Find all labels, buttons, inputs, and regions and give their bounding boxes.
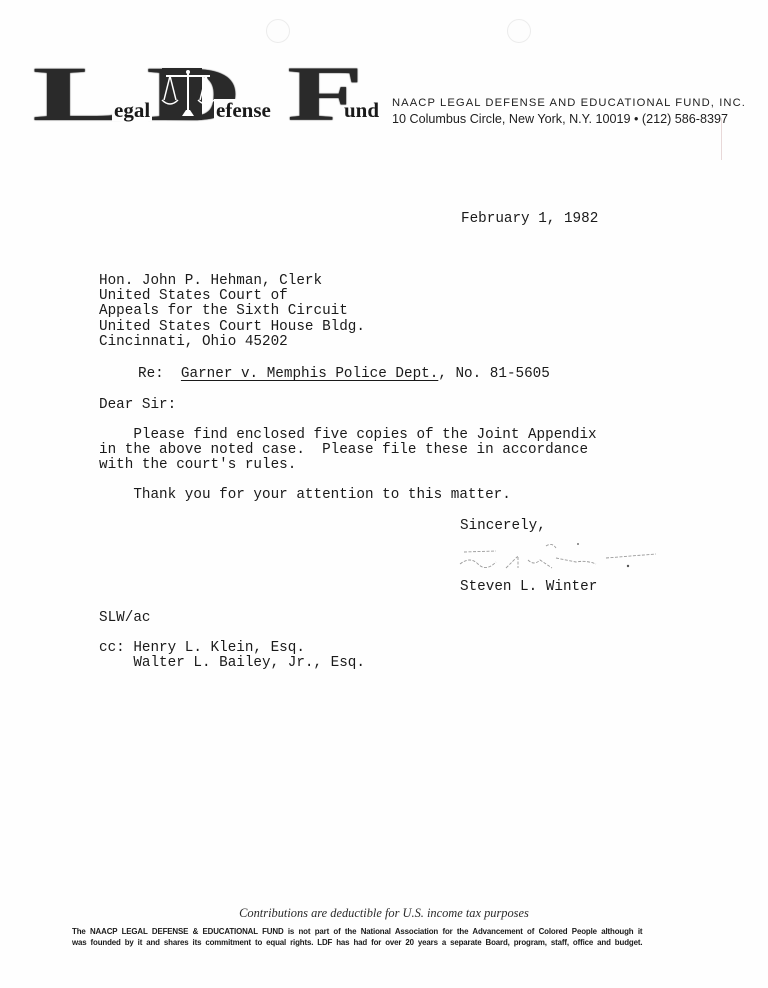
cc-line: cc: Henry L. Klein, Esq. <box>99 641 365 656</box>
recipient-line: Appeals for the Sixth Circuit <box>99 304 365 319</box>
ldf-logo: L D F egal efense und <box>30 63 375 125</box>
logo-word-egal: egal <box>112 99 152 121</box>
case-name: Garner v. Memphis Police Dept. <box>181 366 438 382</box>
punch-hole-left <box>266 19 290 43</box>
recipient-line: Hon. John P. Hehman, Clerk <box>99 274 365 289</box>
logo-word-efense: efense <box>214 99 273 121</box>
paper-crease <box>721 118 722 160</box>
disclaimer-line: was founded by it and shares its commitm… <box>72 937 642 948</box>
letter-date: February 1, 1982 <box>461 212 598 227</box>
body-paragraph: Thank you for your attention to this mat… <box>99 488 511 503</box>
closing: Sincerely, <box>460 519 546 534</box>
recipient-address: Hon. John P. Hehman, Clerk United States… <box>99 274 365 350</box>
cc-list: cc: Henry L. Klein, Esq. Walter L. Baile… <box>99 641 365 671</box>
signature <box>456 538 666 574</box>
case-number: , No. 81-5605 <box>438 366 550 382</box>
punch-hole-right <box>507 19 531 43</box>
organization-name: NAACP LEGAL DEFENSE AND EDUCATIONAL FUND… <box>392 96 746 111</box>
recipient-line: United States Court House Bldg. <box>99 320 365 335</box>
typist-initials: SLW/ac <box>99 611 150 626</box>
recipient-line: United States Court of <box>99 289 365 304</box>
organization-block: NAACP LEGAL DEFENSE AND EDUCATIONAL FUND… <box>392 96 746 127</box>
signer-name: Steven L. Winter <box>460 580 597 595</box>
disclaimer-line: The NAACP LEGAL DEFENSE & EDUCATIONAL FU… <box>72 926 642 937</box>
scales-of-justice-icon <box>160 66 216 122</box>
tax-deductible-note: Contributions are deductible for U.S. in… <box>0 906 768 921</box>
footer-disclaimer: The NAACP LEGAL DEFENSE & EDUCATIONAL FU… <box>72 926 642 947</box>
organization-address: 10 Columbus Circle, New York, N.Y. 10019… <box>392 111 746 127</box>
cc-line: Walter L. Bailey, Jr., Esq. <box>99 656 365 671</box>
re-line: Re: Garner v. Memphis Police Dept., No. … <box>138 367 550 382</box>
re-label: Re: <box>138 366 164 382</box>
body-paragraph: Please find enclosed five copies of the … <box>99 428 597 474</box>
salutation: Dear Sir: <box>99 398 176 413</box>
logo-word-und: und <box>342 99 381 121</box>
recipient-line: Cincinnati, Ohio 45202 <box>99 335 365 350</box>
